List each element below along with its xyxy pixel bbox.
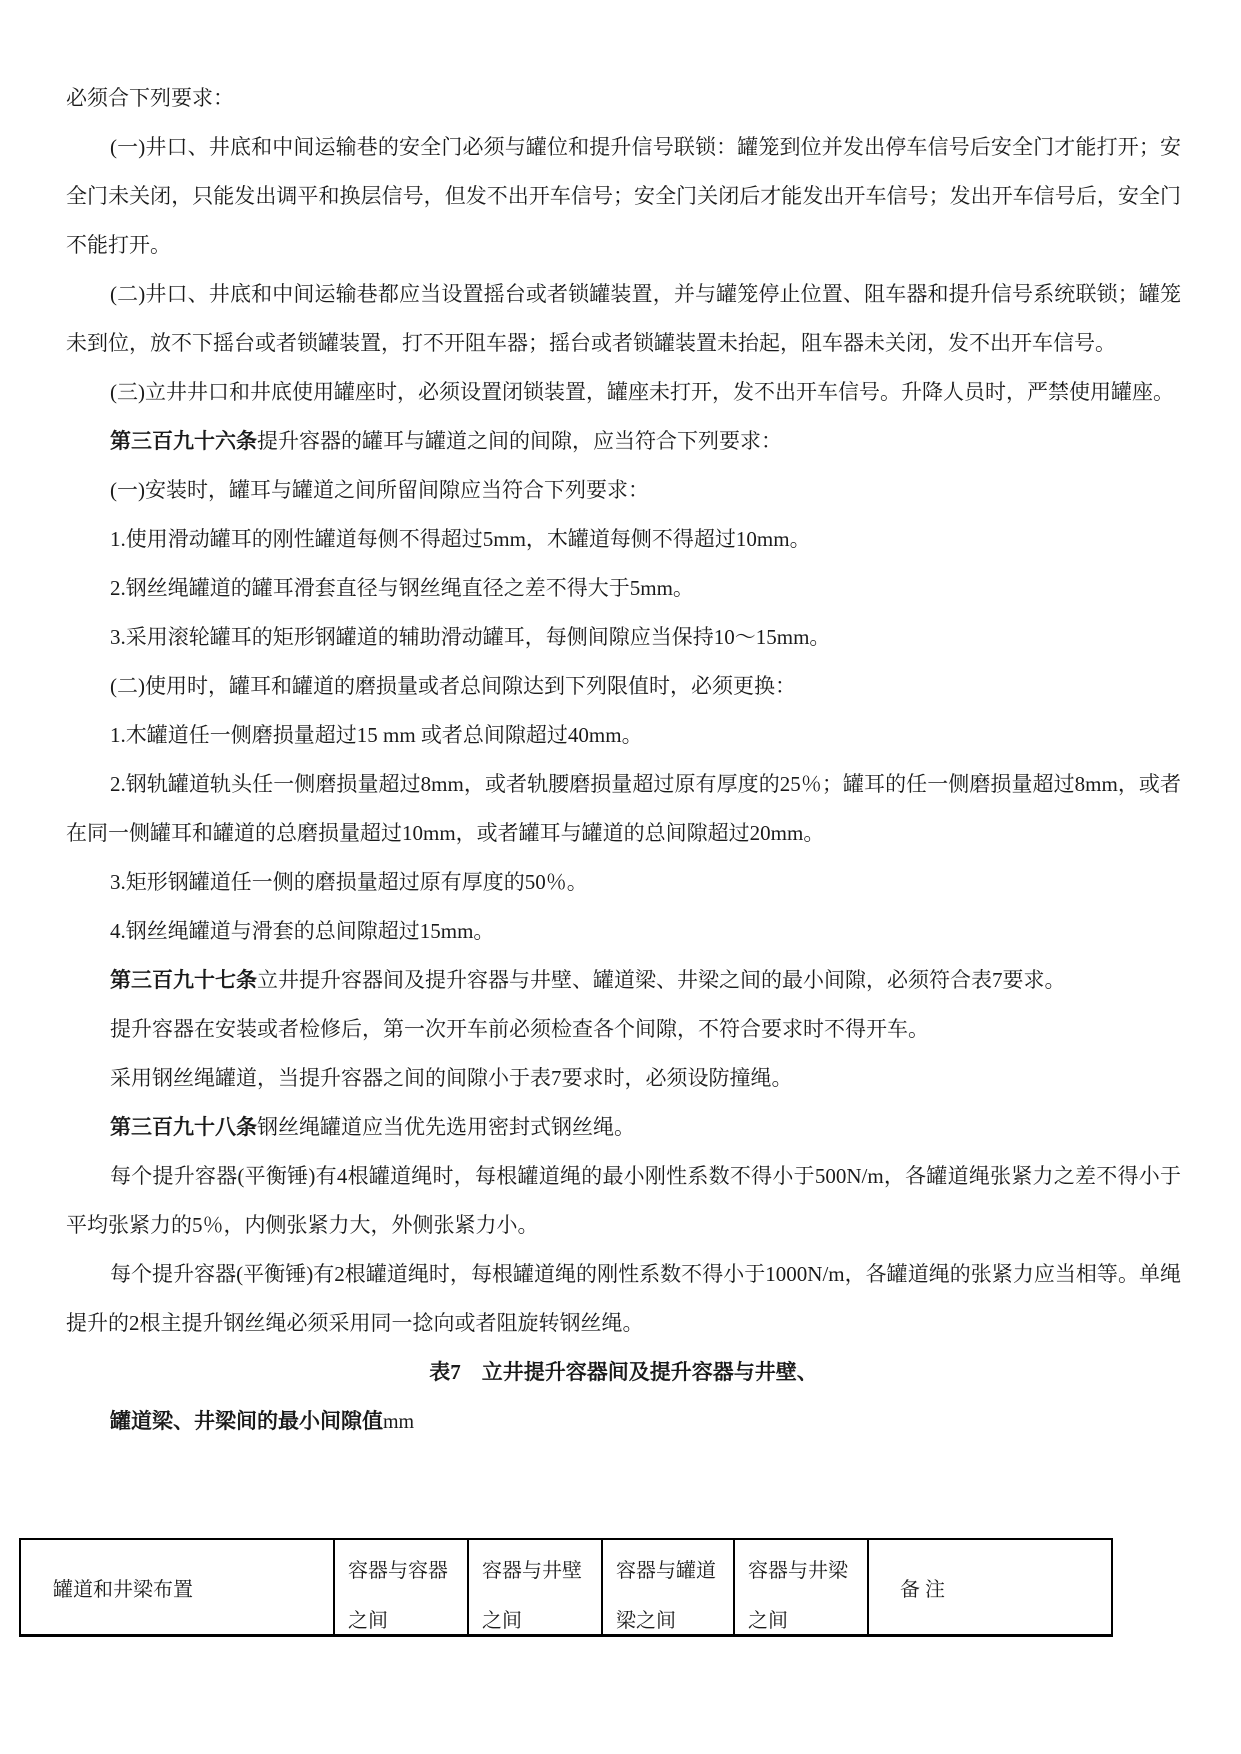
paragraph-text: 立井提升容器间及提升容器与井壁、罐道梁、井梁之间的最小间隙，必须符合表7要求。 — [257, 968, 1066, 992]
table-header-text: 容器与容器 — [348, 1546, 467, 1596]
document-page: 必须合下列要求： (一)井口、井底和中间运输巷的安全门必须与罐位和提升信号联锁：… — [0, 0, 1241, 1754]
article-number: 第三百九十六条 — [110, 429, 257, 453]
paragraph: 3.采用滚轮罐耳的矩形钢罐道的辅助滑动罐耳，每侧间隙应当保持10～15mm。 — [66, 613, 1181, 662]
table-header-container-to-shaft-wall: 容器与井壁 之间 — [469, 1540, 603, 1634]
table-header-container-to-container: 容器与容器 之间 — [335, 1540, 469, 1634]
paragraph: 1.木罐道任一侧磨损量超过15 mm 或者总间隙超过40mm。 — [66, 711, 1181, 760]
table-header-container-to-shaft-beam: 容器与井梁 之间 — [735, 1540, 869, 1634]
table-header-text: 容器与井壁 — [482, 1546, 601, 1596]
paragraph-text: 钢丝绳罐道应当优先选用密封式钢丝绳。 — [257, 1115, 635, 1139]
paragraph: 提升容器在安装或者检修后，第一次开车前必须检查各个间隙，不符合要求时不得开车。 — [66, 1005, 1181, 1054]
table-header-text: 容器与罐道 — [616, 1546, 733, 1596]
table-caption-unit: mm — [383, 1411, 414, 1433]
table-header-text: 之间 — [348, 1596, 467, 1646]
paragraph: 1.使用滑动罐耳的刚性罐道每侧不得超过5mm，木罐道每侧不得超过10mm。 — [66, 515, 1181, 564]
article-number: 第三百九十七条 — [110, 968, 257, 992]
table-caption-text: 罐道梁、井梁间的最小间隙值 — [110, 1409, 383, 1433]
paragraph-text: 提升容器的罐耳与罐道之间的间隙，应当符合下列要求： — [257, 429, 782, 453]
table-header-text: 容器与井梁 — [748, 1546, 867, 1596]
table-header-layout: 罐道和井梁布置 — [21, 1540, 335, 1634]
table-caption-line2: 罐道梁、井梁间的最小间隙值mm — [66, 1397, 1181, 1447]
body-text: 必须合下列要求： (一)井口、井底和中间运输巷的安全门必须与罐位和提升信号联锁：… — [66, 74, 1181, 1447]
table-header-text: 之间 — [748, 1596, 867, 1646]
table-header-text: 备 注 — [900, 1573, 945, 1602]
paragraph: (三)立井井口和井底使用罐座时，必须设置闭锁装置，罐座未打开，发不出开车信号。升… — [66, 368, 1181, 417]
table-header-text: 梁之间 — [616, 1596, 733, 1646]
paragraph: (一)井口、井底和中间运输巷的安全门必须与罐位和提升信号联锁：罐笼到位并发出停车… — [66, 123, 1181, 270]
paragraph: 3.矩形钢罐道任一侧的磨损量超过原有厚度的50％。 — [66, 858, 1181, 907]
table-7: 罐道和井梁布置 容器与容器 之间 容器与井壁 之间 容器与罐道 梁之间 容器与井… — [19, 1538, 1113, 1637]
paragraph: 第三百九十八条钢丝绳罐道应当优先选用密封式钢丝绳。 — [66, 1103, 1181, 1152]
paragraph: 采用钢丝绳罐道，当提升容器之间的间隙小于表7要求时，必须设防撞绳。 — [66, 1054, 1181, 1103]
paragraph: (一)安装时，罐耳与罐道之间所留间隙应当符合下列要求： — [66, 466, 1181, 515]
paragraph: 必须合下列要求： — [66, 74, 1181, 123]
paragraph: 2.钢轨罐道轨头任一侧磨损量超过8mm，或者轨腰磨损量超过原有厚度的25％；罐耳… — [66, 760, 1181, 858]
table-header-remarks: 备 注 — [869, 1540, 1111, 1634]
paragraph: 4.钢丝绳罐道与滑套的总间隙超过15mm。 — [66, 907, 1181, 956]
paragraph: 2.钢丝绳罐道的罐耳滑套直径与钢丝绳直径之差不得大于5mm。 — [66, 564, 1181, 613]
table-caption-line1: 表7 立井提升容器间及提升容器与井壁、 — [66, 1348, 1181, 1397]
paragraph: 每个提升容器(平衡锤)有4根罐道绳时，每根罐道绳的最小刚性系数不得小于500N/… — [66, 1152, 1181, 1250]
paragraph: 第三百九十六条提升容器的罐耳与罐道之间的间隙，应当符合下列要求： — [66, 417, 1181, 466]
paragraph: (二)使用时，罐耳和罐道的磨损量或者总间隙达到下列限值时，必须更换： — [66, 662, 1181, 711]
paragraph: 每个提升容器(平衡锤)有2根罐道绳时，每根罐道绳的刚性系数不得小于1000N/m… — [66, 1250, 1181, 1348]
paragraph: (二)井口、井底和中间运输巷都应当设置摇台或者锁罐装置，并与罐笼停止位置、阻车器… — [66, 270, 1181, 368]
table-header-text: 罐道和井梁布置 — [53, 1573, 193, 1602]
paragraph: 第三百九十七条立井提升容器间及提升容器与井壁、罐道梁、井梁之间的最小间隙，必须符… — [66, 956, 1181, 1005]
table-header-text: 之间 — [482, 1596, 601, 1646]
article-number: 第三百九十八条 — [110, 1115, 257, 1139]
table-header-container-to-guide-beam: 容器与罐道 梁之间 — [603, 1540, 735, 1634]
